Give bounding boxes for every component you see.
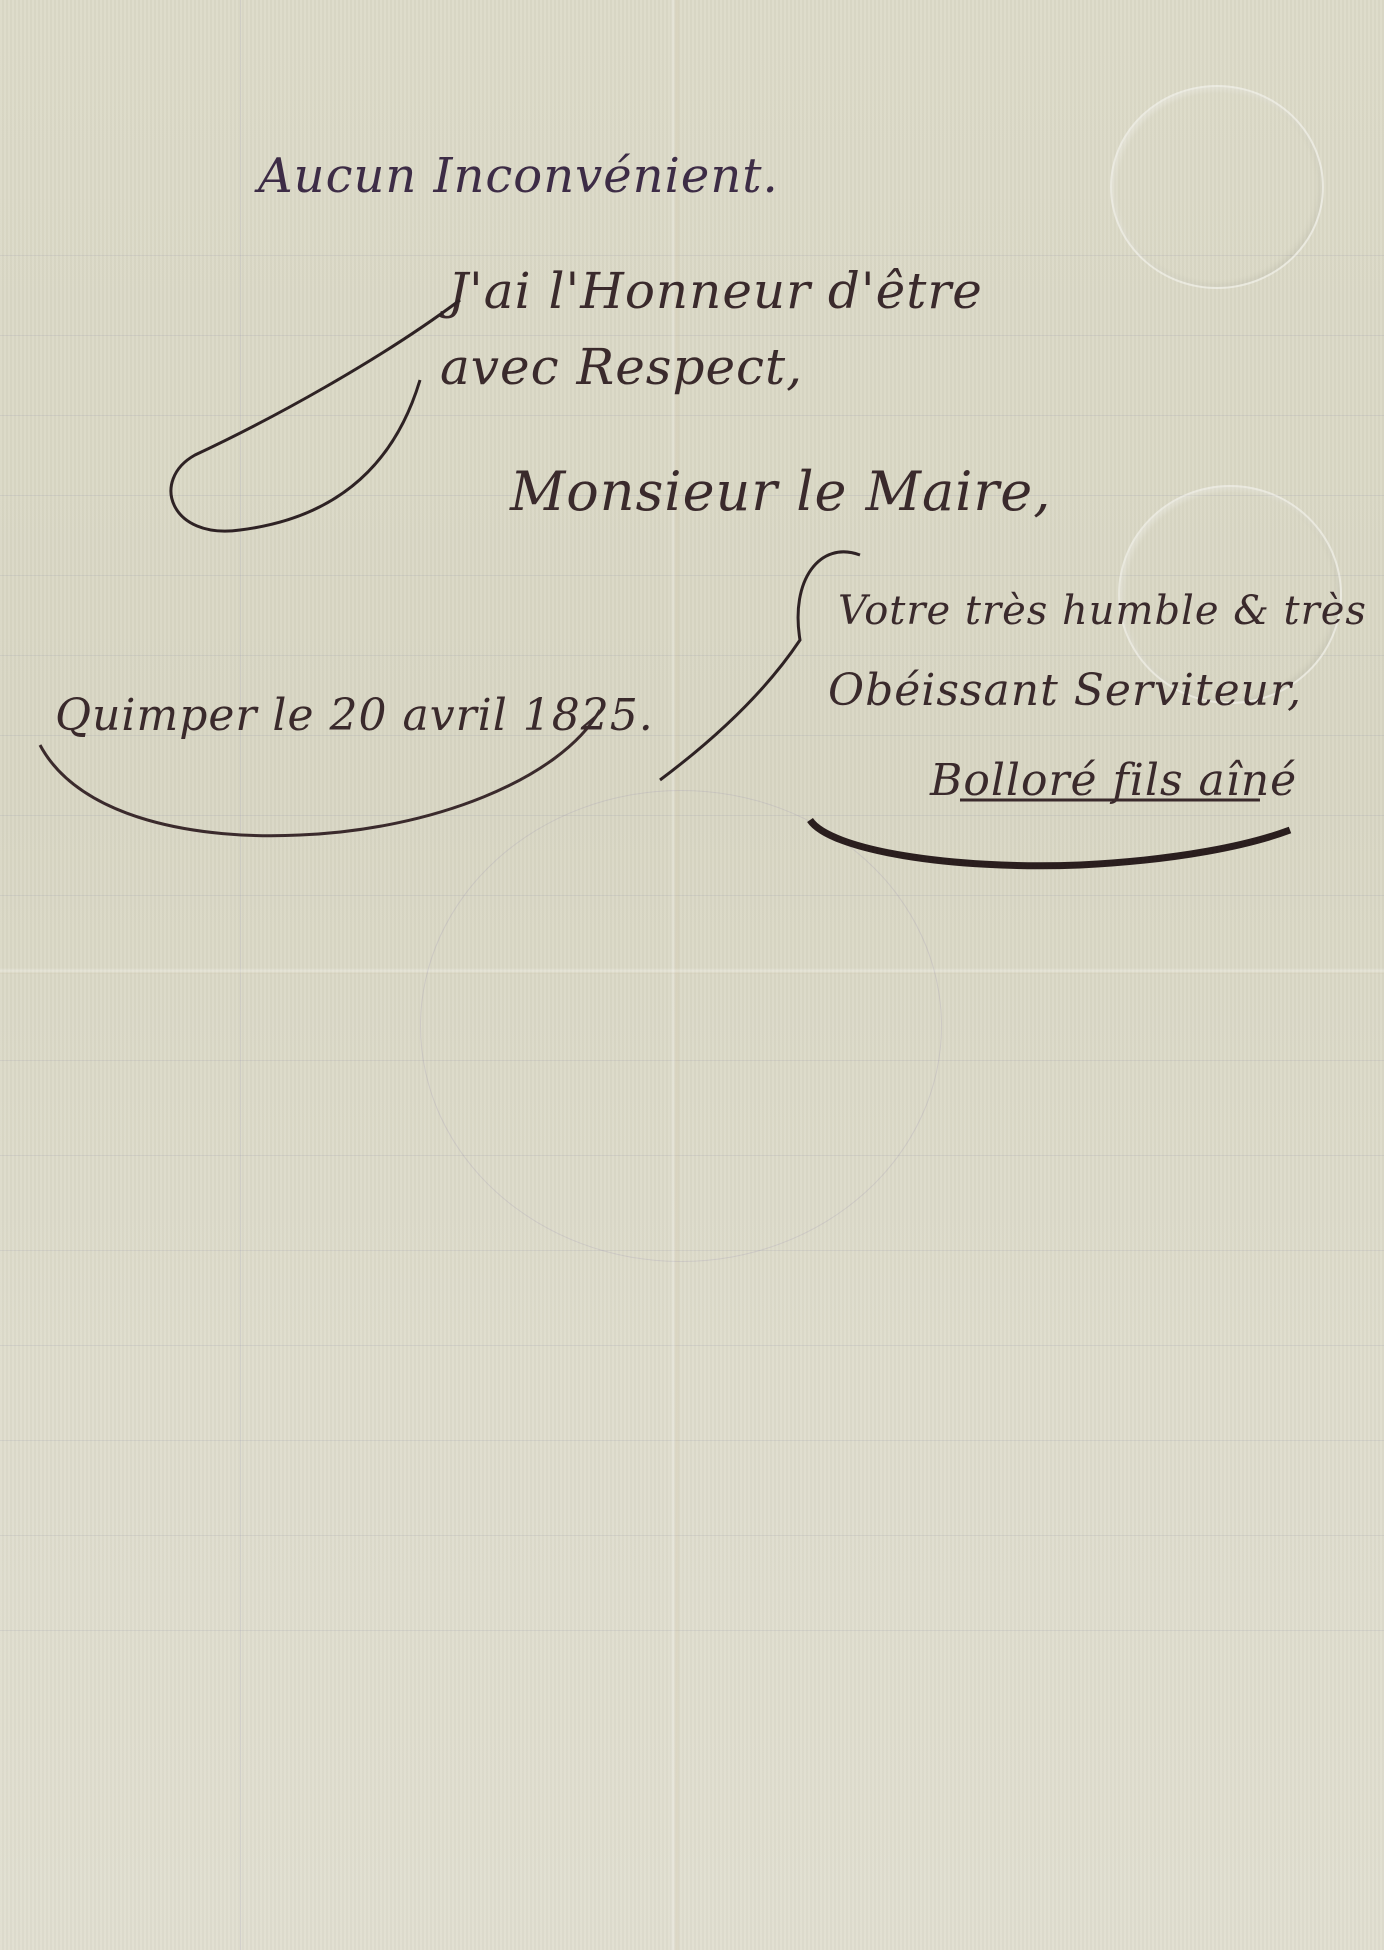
margin-line	[240, 0, 241, 1950]
closing-line-1: J'ai l'Honneur d'être	[448, 262, 983, 320]
closing-line-4: Obéissant Serviteur,	[828, 665, 1302, 716]
ruled-line	[0, 1440, 1384, 1441]
faint-stamp-center	[420, 790, 942, 1262]
opening-line: Aucun Inconvénient.	[258, 148, 779, 204]
closing-line-2: avec Respect,	[440, 338, 803, 396]
closing-line-3: Votre très humble & très	[838, 588, 1367, 634]
embossed-seal-top-right	[1110, 85, 1324, 289]
ruled-line	[0, 1630, 1384, 1631]
place-date-line: Quimper le 20 avril 1825.	[55, 690, 654, 741]
signature: Bolloré fils aîné	[930, 755, 1297, 806]
salutation-line: Monsieur le Maire,	[510, 460, 1051, 523]
ruled-line	[0, 1535, 1384, 1536]
letter-page: Aucun Inconvénient. J'ai l'Honneur d'êtr…	[0, 0, 1384, 1950]
ruled-line	[0, 1345, 1384, 1346]
ruled-line	[0, 415, 1384, 416]
ruled-line	[0, 335, 1384, 336]
